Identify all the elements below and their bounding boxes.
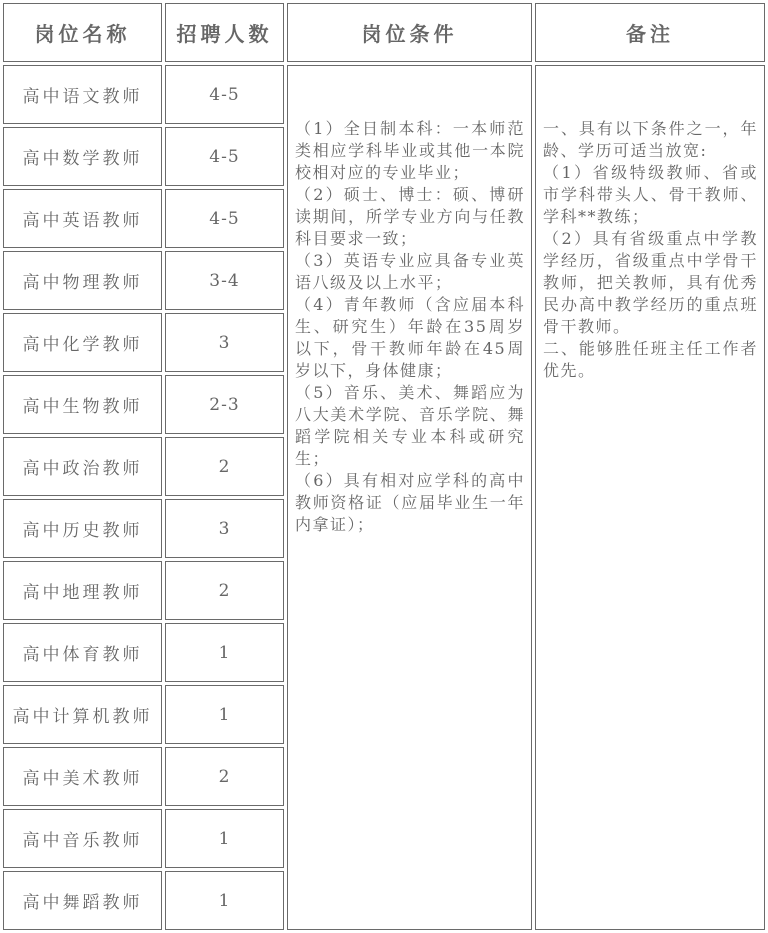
position-name-cell: 高中地理教师 (3, 561, 162, 620)
position-name-cell: 高中计算机教师 (3, 685, 162, 744)
position-name-cell: 高中美术教师 (3, 747, 162, 806)
table-body: 高中语文教师4-5（1）全日制本科：一本师范类相应学科毕业或其他一本院校相对应的… (3, 65, 765, 930)
table-row: 高中语文教师4-5（1）全日制本科：一本师范类相应学科毕业或其他一本院校相对应的… (3, 65, 765, 124)
requirements-cell-item: （5）音乐、美术、舞蹈应为八大美术学院、音乐学院、舞蹈学院相关专业本科或研究生； (295, 382, 525, 470)
recruit-count-cell: 1 (165, 871, 284, 930)
recruit-count-cell: 3 (165, 313, 284, 372)
recruit-count-cell: 4-5 (165, 127, 284, 186)
recruit-count-cell: 1 (165, 809, 284, 868)
position-name-cell: 高中体育教师 (3, 623, 162, 682)
col-header-requirements: 岗位条件 (287, 3, 532, 62)
col-header-recruit-count: 招聘人数 (165, 3, 284, 62)
recruit-count-cell: 4-5 (165, 189, 284, 248)
recruit-count-cell: 3 (165, 499, 284, 558)
position-name-cell: 高中政治教师 (3, 437, 162, 496)
remarks-cell-item: 一、具有以下条件之一，年龄、学历可适当放宽: (543, 118, 758, 162)
position-name-cell: 高中英语教师 (3, 189, 162, 248)
requirements-cell: （1）全日制本科：一本师范类相应学科毕业或其他一本院校相对应的专业毕业；（2）硕… (287, 65, 532, 930)
col-header-remarks: 备注 (535, 3, 765, 62)
recruit-count-cell: 1 (165, 685, 284, 744)
recruit-count-cell: 3-4 (165, 251, 284, 310)
remarks-cell: 一、具有以下条件之一，年龄、学历可适当放宽:（1）省级特级教师、省或市学科带头人… (535, 65, 765, 930)
recruit-count-cell: 2-3 (165, 375, 284, 434)
remarks-cell-item: （2）具有省级重点中学教学经历，省级重点中学骨干教师，把关教师，具有优秀民办高中… (543, 228, 758, 338)
requirements-cell-item: （4）青年教师（含应届本科生、研究生）年龄在35周岁以下，骨干教师年龄在45周岁… (295, 294, 525, 382)
remarks-cell-item: （1）省级特级教师、省或市学科带头人、骨干教师、学科**教练； (543, 162, 758, 228)
remarks-cell-item: 二、能够胜任班主任工作者优先。 (543, 338, 758, 382)
requirements-cell-item: （2）硕士、博士：硕、博研读期间，所学专业方向与任教科目要求一致； (295, 184, 525, 250)
position-name-cell: 高中语文教师 (3, 65, 162, 124)
requirements-cell-item: （6）具有相对应学科的高中教师资格证（应届毕业生一年内拿证）； (295, 470, 525, 536)
recruitment-table: 岗位名称 招聘人数 岗位条件 备注 高中语文教师4-5（1）全日制本科：一本师范… (0, 0, 768, 933)
col-header-position-name: 岗位名称 (3, 3, 162, 62)
position-name-cell: 高中生物教师 (3, 375, 162, 434)
position-name-cell: 高中物理教师 (3, 251, 162, 310)
recruit-count-cell: 1 (165, 623, 284, 682)
recruit-count-cell: 2 (165, 561, 284, 620)
recruit-count-cell: 4-5 (165, 65, 284, 124)
position-name-cell: 高中化学教师 (3, 313, 162, 372)
position-name-cell: 高中数学教师 (3, 127, 162, 186)
table-header-row: 岗位名称 招聘人数 岗位条件 备注 (3, 3, 765, 62)
recruit-count-cell: 2 (165, 437, 284, 496)
recruit-count-cell: 2 (165, 747, 284, 806)
requirements-cell-item: （1）全日制本科：一本师范类相应学科毕业或其他一本院校相对应的专业毕业； (295, 118, 525, 184)
requirements-cell-item: （3）英语专业应具备专业英语八级及以上水平； (295, 250, 525, 294)
position-name-cell: 高中舞蹈教师 (3, 871, 162, 930)
position-name-cell: 高中音乐教师 (3, 809, 162, 868)
position-name-cell: 高中历史教师 (3, 499, 162, 558)
